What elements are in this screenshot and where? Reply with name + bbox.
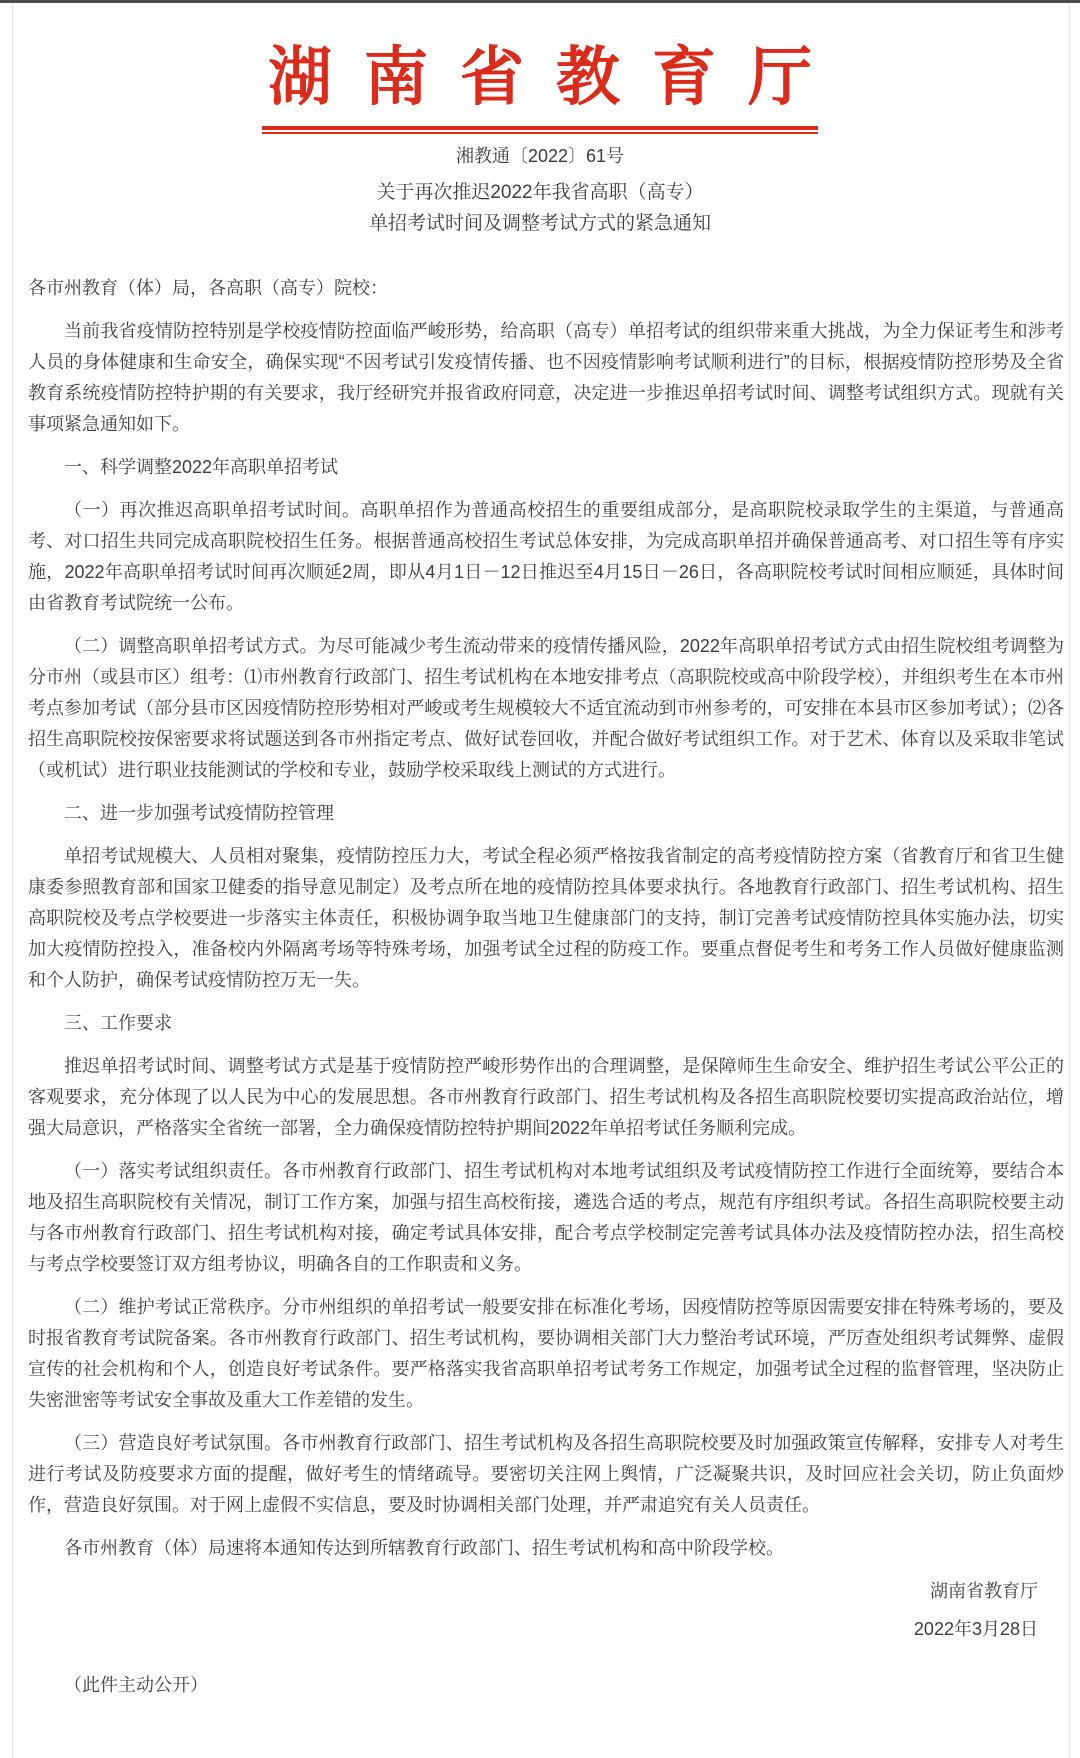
section-1-heading: 一、科学调整2022年高职单招考试 [28,452,1064,483]
notice-title-line-2: 单招考试时间及调整考试方式的紧急通知 [0,208,1080,239]
salutation: 各市州教育（体）局，各高职（高专）院校： [28,273,1064,304]
section-1-item-1: （一）再次推迟高职单招考试时间。高职单招作为普通高校招生的重要组成部分，是高职院… [28,495,1064,619]
section-2-paragraph: 单招考试规模大、人员相对聚集，疫情防控压力大，考试全程必须严格按我省制定的高考疫… [28,841,1064,996]
official-notice-page: 湖南省教育厅 湘教通〔2022〕61号 关于再次推迟2022年我省高职（高专） … [0,0,1080,1758]
section-3-intro: 推迟单招考试时间、调整考试方式是基于疫情防控严峻形势作出的合理调整，是保障师生生… [28,1051,1064,1144]
document-number: 湘教通〔2022〕61号 [0,143,1080,169]
page-left-edge-line [12,3,13,1758]
signature-block: 湖南省教育厅 2022年3月28日 [0,1576,1080,1645]
section-2-heading: 二、进一步加强考试疫情防控管理 [28,798,1064,829]
section-3-heading: 三、工作要求 [28,1008,1064,1039]
disclosure-note: （此件主动公开） [28,1670,1064,1701]
issuing-authority: 湖南省教育厅 [0,1576,1038,1607]
section-3-item-2: （二）维护考试正常秩序。分市州组织的单招考试一般要安排在标准化考场，因疫情防控等… [28,1292,1064,1416]
issue-date: 2022年3月28日 [0,1614,1038,1645]
notice-body: 各市州教育（体）局，各高职（高专）院校： 当前我省疫情防控特别是学校疫情防控面临… [28,273,1064,1564]
letterhead-double-rule [262,126,818,134]
notice-title-line-1: 关于再次推迟2022年我省高职（高专） [0,177,1080,208]
letterhead-title: 湖南省教育厅 [0,42,1080,114]
intro-paragraph: 当前我省疫情防控特别是学校疫情防控面临严峻形势，给高职（高专）单招考试的组织带来… [28,316,1064,440]
section-1-item-2: （二）调整高职单招考试方式。为尽可能减少考生流动带来的疫情传播风险，2022年高… [28,631,1064,786]
page-right-edge-line [1069,3,1070,1758]
closing-paragraph: 各市州教育（体）局速将本通知传达到所辖教育行政部门、招生考试机构和高中阶段学校。 [28,1533,1064,1564]
section-3-item-1: （一）落实考试组织责任。各市州教育行政部门、招生考试机构对本地考试组织及考试疫情… [28,1156,1064,1280]
section-3-item-3: （三）营造良好考试氛围。各市州教育行政部门、招生考试机构及各招生高职院校要及时加… [28,1428,1064,1521]
top-border-bar [0,0,1080,3]
